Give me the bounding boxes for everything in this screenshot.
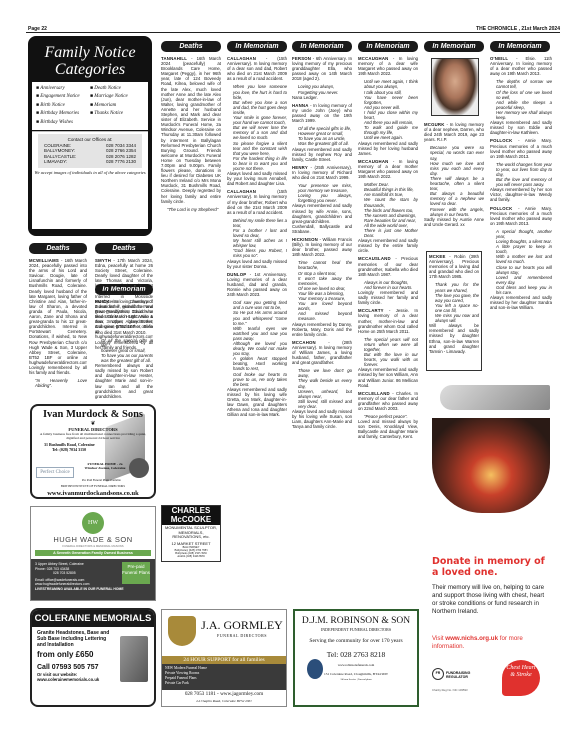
chs-headline: Donate in memory of a loved one. [432, 556, 550, 578]
headstone-image [120, 636, 148, 682]
deaths-banner: Deaths [95, 243, 153, 254]
notice-mcgurk: MCGURK - In loving memory of a dear neph… [424, 122, 484, 247]
ad-djm-robinson[interactable]: D.J.M. ROBINSON & SON INDEPENDENT FUNERA… [293, 609, 419, 707]
ad-hugh-wade[interactable]: HW HUGH WADE & SON FUNERAL DIRECTORS & M… [30, 506, 156, 601]
category-item[interactable]: Birthday Memories [36, 110, 90, 118]
murdock-url-link[interactable]: www.ivanmurdockandsons.co.uk [32, 490, 154, 497]
robinson-crest-icon [307, 659, 323, 679]
memoriam-banner: In Memoriam [292, 41, 352, 52]
category-item[interactable]: Birthday Wishes [36, 119, 90, 127]
categories-title: Family Notice Categories [28, 44, 152, 78]
memoriam-banner: In Memoriam [227, 41, 287, 52]
chs-url-link[interactable]: www.nichs.org.uk [445, 635, 498, 642]
charity-reg: Charity Reg No. NIC 103593 [432, 688, 468, 692]
ad-coleraine-memorials[interactable]: COLERAINE MEMORIALS Granite Headstones, … [30, 608, 156, 707]
office-row: LIMAVADY:028 7776 2130 [44, 159, 136, 165]
category-item[interactable]: Death Notice [90, 85, 144, 93]
categories-list: Anniversary Death Notice Engagement Noti… [32, 82, 148, 130]
deaths-banner: Deaths [161, 41, 221, 52]
bifd-crest-icon [129, 458, 149, 478]
fr-logo-icon: FR [432, 668, 444, 680]
notice-mckee: MCKEE - Robin (39th Anniversary). Precio… [426, 251, 482, 371]
perfect-choice-logo: Perfect Choice [36, 467, 74, 478]
category-item[interactable]: Thanks Notice [90, 110, 144, 118]
fundraising-regulator: FUNDRAISING REGULATOR [446, 671, 486, 679]
memoriam-banner: In Memoriam [424, 41, 484, 52]
ad-ivan-murdock[interactable]: Ivan Murdock & Sons ❦ FUNERAL DIRECTORS … [30, 404, 156, 499]
category-item[interactable]: Anniversary [36, 85, 90, 93]
notice-tannahill: TANNAHILL - 16th March 2024 (peacefully)… [161, 56, 221, 278]
category-item[interactable]: Engagement Notice [36, 93, 90, 101]
deaths-banner: Deaths [29, 243, 87, 254]
chs-body: Their memory will live on, helping to ca… [432, 584, 550, 616]
bible-icon [440, 385, 550, 410]
gormley-crest-icon [168, 616, 196, 646]
category-item[interactable]: Memoriam [90, 102, 144, 110]
mcgurk-photo [431, 58, 479, 116]
notice-mcwilliams: MCWILLIAMS - 16th March 2024, peacefully… [29, 258, 87, 393]
chs-visit: Visit www.nichs.org.uk for more informat… [432, 635, 550, 651]
ad-ja-gormley[interactable]: J.A. GORMLEY FUNERAL DIRECTORS 24 HOUR S… [161, 609, 287, 707]
notice-column-mccaughan: MCCAUGHAN - In loving memory of a dear w… [358, 56, 418, 526]
memoriam-banner: In Memoriam [358, 41, 418, 52]
wade-logo-icon: HW [82, 512, 104, 534]
ad-charles-mccooke[interactable]: CHARLESMcCOOKE MONUMENTAL SCULPTOR, MEMO… [161, 505, 221, 562]
contact-offices: Contact our Offices at: COLERAINE:028 70… [32, 131, 148, 229]
memoriam-banner: In Memoriam [490, 41, 550, 52]
header-rule [26, 32, 560, 33]
notice-callaghan: CALLAGHAN - (15th Anniversary). In lovin… [227, 56, 287, 526]
family-notice-categories: Family Notice Categories Anniversary Dea… [28, 36, 152, 236]
images-note: We accept images of individuals in all o… [32, 170, 148, 176]
notice-column-oneill: O'NEILL - Elsie. 11th Anniversary. In lo… [490, 56, 552, 376]
notice-column-ferson: FERSON - 6th Anniversary. In loving memo… [292, 56, 352, 526]
category-item[interactable]: Birth Notice [36, 102, 90, 110]
notice-buick: BUICK - In loving memory of a dear fathe… [95, 299, 153, 414]
category-item[interactable]: Marriage Notice [90, 93, 144, 101]
candle-hands-image [432, 418, 550, 513]
chs-logo: Chest Heart & Stroke [502, 660, 540, 696]
